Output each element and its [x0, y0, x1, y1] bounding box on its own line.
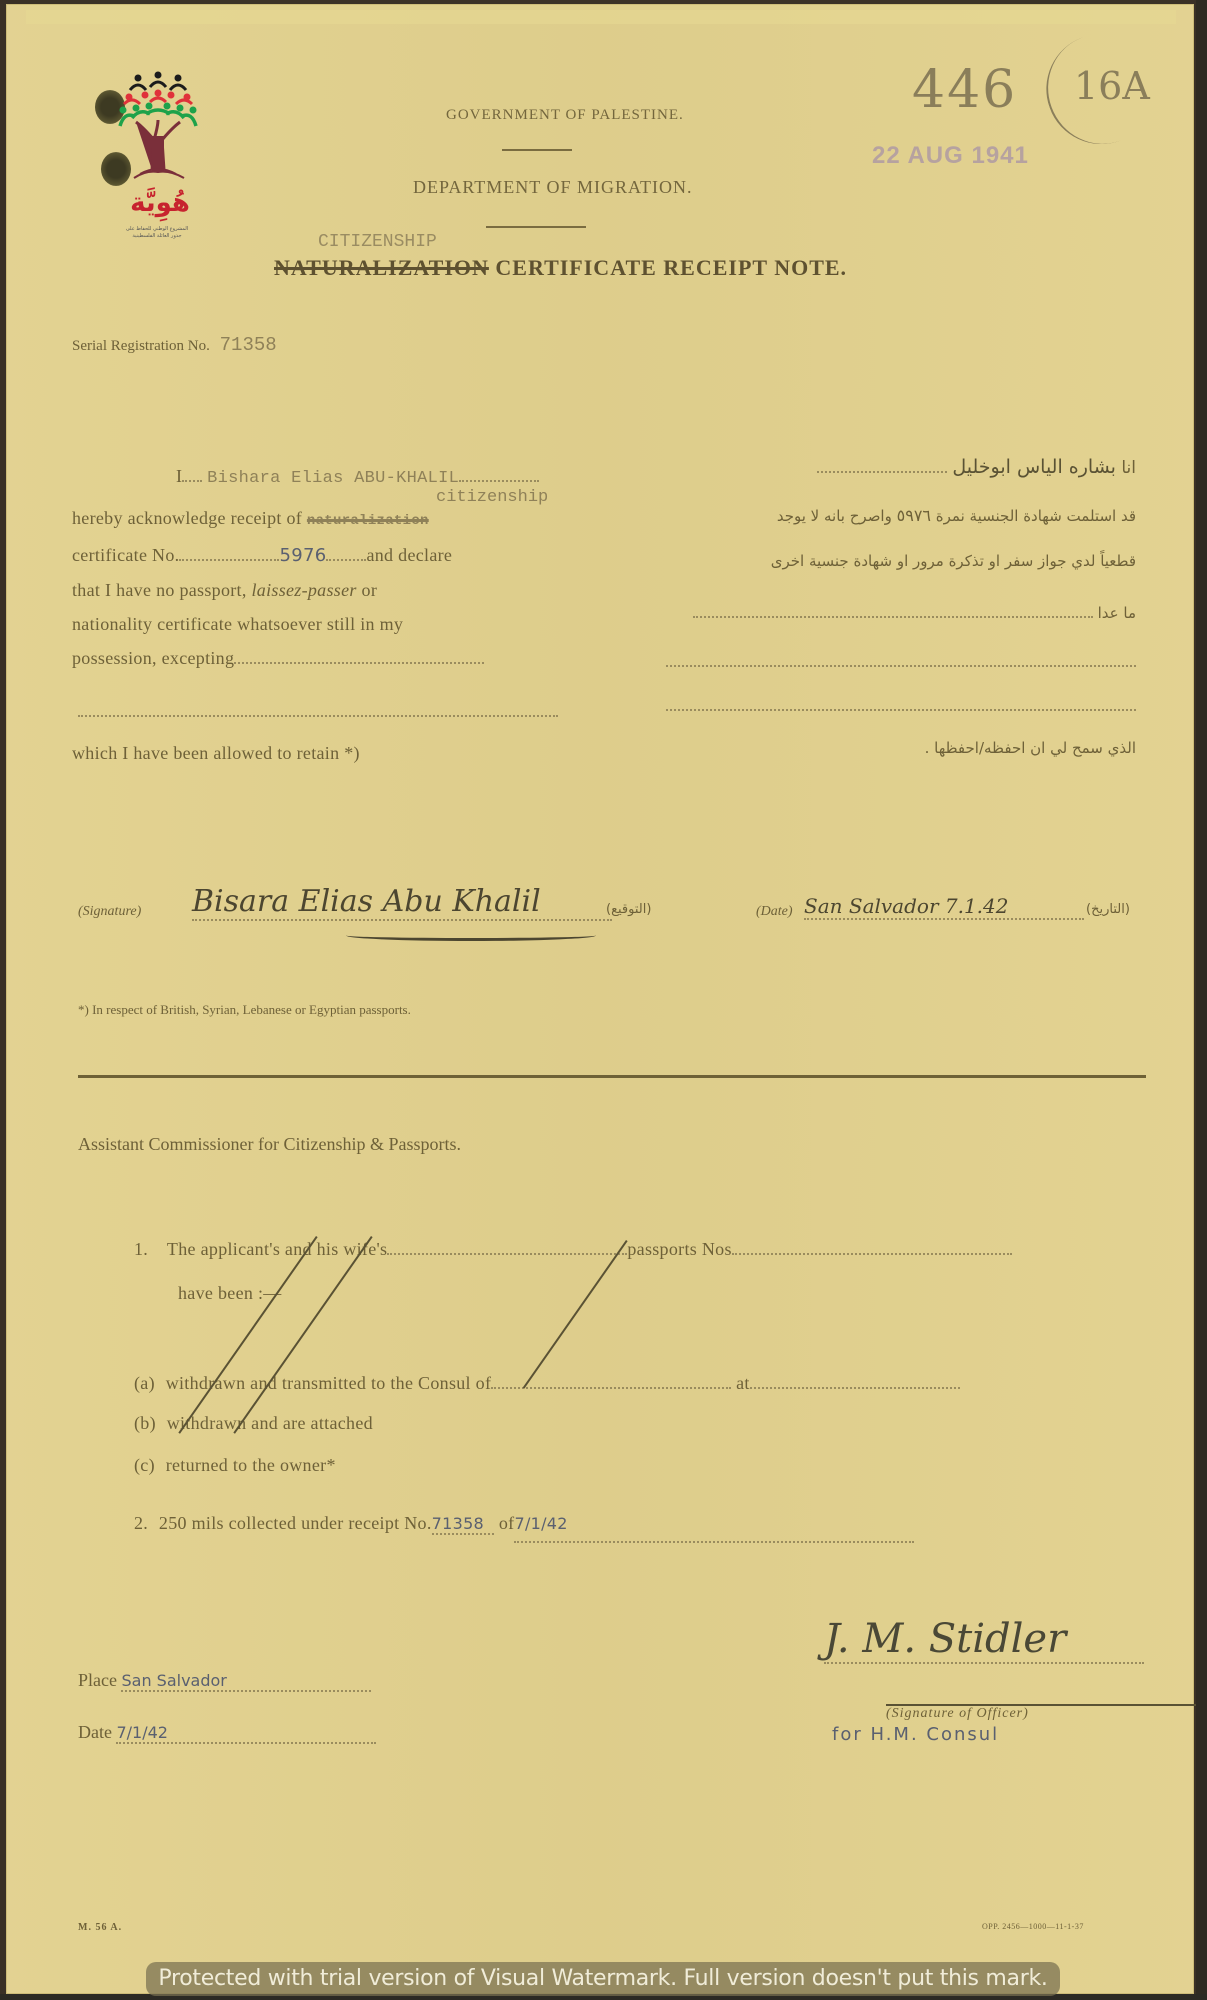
item-2-text: 250 mils collected under receipt No.: [159, 1513, 432, 1533]
place-label: Place: [78, 1670, 117, 1690]
wife-passport-blank[interactable]: [387, 1253, 627, 1255]
item-b-label: (b): [134, 1413, 156, 1433]
form-code-left: M. 56 A.: [78, 1922, 122, 1933]
serial-value: 71358: [220, 334, 277, 356]
department-heading: DEPARTMENT OF MIGRATION.: [413, 177, 692, 198]
item-a-at: at: [736, 1373, 750, 1393]
declaration-line-4: nationality certificate whatsoever still…: [72, 607, 562, 641]
commissioner-heading: Assistant Commissioner for Citizenship &…: [78, 1134, 461, 1155]
item-c-text: returned to the owner*: [166, 1455, 336, 1475]
declaration-english: hereby acknowledge receipt of naturaliza…: [72, 501, 562, 675]
serial-registration: Serial Registration No. 71358: [72, 334, 277, 356]
declaration-name-line: I Bishara Elias ABU-KHALIL: [176, 459, 636, 496]
excepting-label: possession, excepting: [72, 648, 234, 668]
declaration-line-1-text: hereby acknowledge receipt of: [72, 508, 302, 528]
section-divider: [78, 1075, 1146, 1078]
signature-label: (Signature): [78, 904, 141, 920]
date-label-ar: (التاريخ): [1086, 902, 1130, 917]
retain-line: which I have been allowed to retain *): [72, 736, 360, 770]
logo-caption-line1: المشروع الوطني للحفاظ على: [112, 226, 202, 233]
government-heading: GOVERNMENT OF PALESTINE.: [446, 107, 684, 124]
declaration-line-1: hereby acknowledge receipt of naturaliza…: [72, 501, 562, 538]
struck-naturalization: naturalization: [307, 513, 429, 529]
certificate-number: 5976: [279, 545, 326, 566]
place-value[interactable]: San Salvador: [121, 1671, 371, 1692]
item-2-number: 2.: [134, 1513, 148, 1533]
declaration-ar-line-3: قطعياً لدي جواز سفر او تذكرة مرور او شها…: [666, 552, 1136, 570]
ar-blank-line-2[interactable]: [666, 698, 1136, 716]
item-c-label: (c): [134, 1455, 155, 1475]
item-1: 1. The applicant's and his wife'spasspor…: [134, 1232, 1144, 1266]
ar-except-label: ما عدا: [1098, 604, 1136, 622]
excepting-blank-line[interactable]: [78, 704, 558, 722]
received-date-stamp: 22 AUG 1941: [872, 142, 1029, 170]
logo-wordmark: هُوِيَّة: [128, 188, 192, 218]
applicant-name: Bishara Elias ABU-KHALIL: [207, 469, 459, 488]
item-2: 2. 250 mils collected under receipt No.7…: [134, 1506, 1144, 1543]
item-b-text: withdrawn and are attached: [167, 1413, 373, 1433]
laissez-passer-text: laissez-passer: [251, 580, 356, 600]
item-c: (c) returned to the owner*: [134, 1448, 336, 1482]
declaration-ar-line-7: الذي سمح لي ان احفظه/احفظها .: [666, 739, 1136, 757]
header-rule-1: [502, 149, 572, 151]
applicant-signature[interactable]: Bisara Elias Abu Khalil: [192, 884, 612, 921]
receipt-date[interactable]: 7/1/42: [514, 1507, 914, 1543]
ar-blank-line-1[interactable]: [666, 654, 1136, 672]
item-1-have-been: have been :—: [178, 1276, 282, 1310]
declaration-ar-line-2: قد استلمت شهادة الجنسية نمرة ٥٩٧٦ واصرح …: [666, 506, 1136, 525]
declaration-line-2-end: and declare: [366, 545, 452, 565]
signature-date[interactable]: San Salvador 7.1.42: [804, 894, 1084, 920]
form-code-right: OPP. 2456—1000—11-1-37: [982, 1922, 1084, 1931]
declaration-line-2: certificate No.5976and declare: [72, 538, 562, 573]
family-tree-icon: [118, 70, 198, 190]
applicant-name-ar: بشاره الياس ابوخليل: [952, 456, 1116, 478]
footnote: *) In respect of British, Syrian, Lebane…: [78, 1002, 411, 1018]
item-b: (b) withdrawn and are attached: [134, 1406, 373, 1440]
document-title: NATURALIZATION CERTIFICATE RECEIPT NOTE.: [274, 255, 847, 281]
header-rule-2: [486, 226, 586, 228]
logo-caption: المشروع الوطني للحفاظ على جذور العائلة ا…: [112, 226, 202, 240]
file-reference: 16A: [1074, 64, 1150, 108]
consul-of-blank[interactable]: [491, 1387, 731, 1389]
ar-prefix: انا: [1121, 458, 1136, 478]
declaration-line-3: that I have no passport, laissez-passer …: [72, 573, 562, 607]
file-number: 446: [912, 60, 1017, 120]
paper-top-band: [26, 10, 1176, 24]
declaration-prefix: I: [176, 466, 182, 486]
declaration-line-3-a: that I have no passport,: [72, 580, 247, 600]
title-struck-naturalization: NATURALIZATION: [274, 255, 489, 280]
item-a-label: (a): [134, 1373, 155, 1393]
document-page: هُوِيَّة المشروع الوطني للحفاظ على جذور …: [6, 4, 1194, 1994]
officer-date-value[interactable]: 7/1/42: [116, 1723, 376, 1744]
heritage-logo: هُوِيَّة المشروع الوطني للحفاظ على جذور …: [118, 70, 198, 240]
declaration-line-3-b: or: [362, 580, 378, 600]
scan-right-edge: [1196, 0, 1207, 2000]
officer-signature[interactable]: J. M. Stidler: [824, 1616, 1144, 1664]
ar-line-2-end: واصرح بانه لا يوجد: [777, 507, 892, 525]
consul-at-blank[interactable]: [750, 1387, 960, 1389]
ar-certificate-label: قد استلمت شهادة الجنسية نمرة: [936, 507, 1136, 525]
receipt-number[interactable]: 71358: [432, 1514, 494, 1535]
item-a: (a) withdrawn and transmitted to the Con…: [134, 1366, 1144, 1400]
declaration-line-5: possession, excepting: [72, 641, 562, 675]
item-2-of: of: [499, 1513, 515, 1533]
certificate-number-ar: ٥٩٧٦: [897, 506, 931, 525]
place-row: Place San Salvador: [78, 1670, 371, 1692]
title-rest: CERTIFICATE RECEIPT NOTE.: [495, 255, 847, 280]
signature-label-ar: (التوقيع): [606, 902, 651, 917]
item-1-text-b: passports Nos: [627, 1239, 731, 1259]
declaration-ar-line-4: ما عدا: [666, 604, 1136, 622]
officer-date-row: Date 7/1/42: [78, 1722, 376, 1744]
officer-date-label: Date: [78, 1722, 112, 1742]
date-label: (Date): [756, 904, 793, 920]
item-1-number: 1.: [134, 1239, 148, 1259]
item-1-text-a: The applicant's and his wife's: [167, 1239, 387, 1259]
officer-signature-caption: (Signature of Officer): [886, 1706, 1029, 1722]
title-overtype-citizenship: CITIZENSHIP: [318, 232, 437, 252]
declaration-ar-name-line: انا بشاره الياس ابوخليل: [666, 456, 1136, 478]
for-consul-line: for H.M. Consul: [832, 1724, 999, 1745]
certificate-label: certificate No.: [72, 545, 179, 565]
signature-underline: [346, 930, 596, 941]
passport-nos-blank[interactable]: [732, 1253, 1012, 1255]
serial-label: Serial Registration No.: [72, 338, 210, 354]
logo-caption-line2: جذور العائلة الفلسطينية: [112, 233, 202, 240]
trial-watermark-banner: Protected with trial version of Visual W…: [146, 1962, 1060, 1996]
